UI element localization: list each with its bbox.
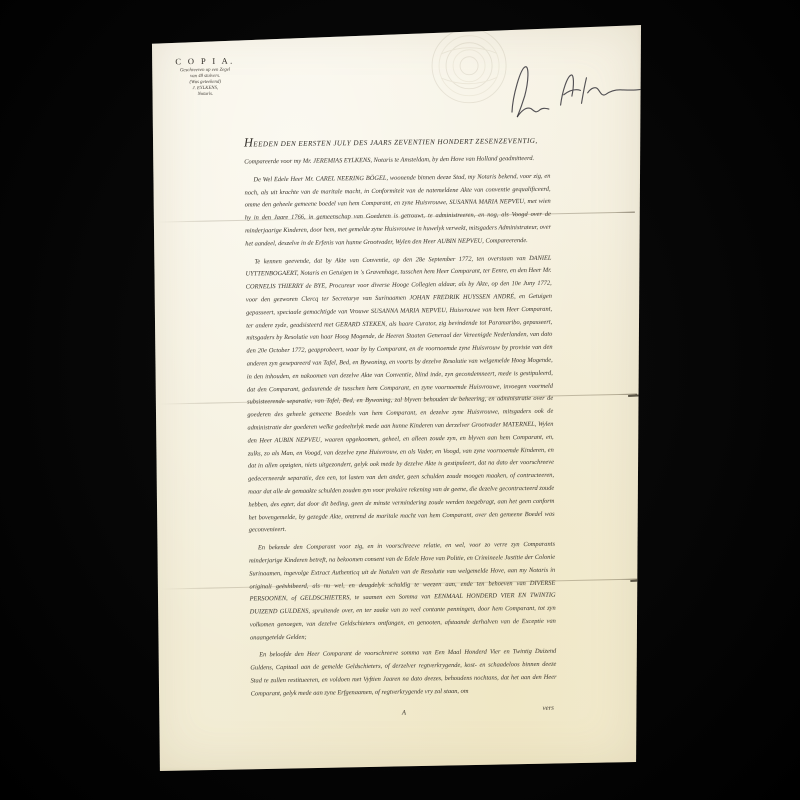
photo-background: C O P I A. Geschreeven op een Zegel van …: [0, 0, 800, 800]
document-paragraph: Te kennen geevende, dat by Akte van Conv…: [245, 252, 554, 537]
sheet-mark: A: [402, 707, 406, 720]
copia-stamp-title: C O P I A.: [167, 55, 243, 66]
copia-stamp-line: Notaris.: [167, 92, 243, 99]
heading-text: EEDEN DEN EERSTEN JULY DES JAARS ZEVENTI…: [253, 137, 537, 148]
catchword: vers: [543, 702, 554, 715]
heading-initial: H: [244, 135, 253, 149]
document-paragraph: En beloofde den Heer Comparant de voorsc…: [250, 646, 557, 701]
paper-sheet: C O P I A. Geschreeven op een Zegel van …: [148, 22, 644, 774]
document-paragraph: Compareerde voor my Mr. JEREMIAS EYLKENS…: [244, 153, 550, 170]
document-paragraph: De Wel Edele Heer Mr. CAREL NEERING BÖGE…: [244, 171, 551, 252]
fold-crease-mark: [628, 394, 639, 397]
document-heading: HEEDEN DEN EERSTEN JULY DES JAARS ZEVENT…: [244, 133, 550, 152]
document-body: HEEDEN DEN EERSTEN JULY DES JAARS ZEVENT…: [244, 133, 557, 720]
sheet-footer: A vers: [251, 702, 557, 720]
paper-content: C O P I A. Geschreeven op een Zegel van …: [147, 20, 652, 778]
handwritten-signature: [500, 48, 661, 131]
copia-stamp: C O P I A. Geschreeven op een Zegel van …: [167, 55, 244, 98]
fold-crease-mark: [630, 579, 641, 582]
embossed-seal-icon: [429, 23, 510, 110]
document-paragraph: En bekende den Comparant voor zig, en in…: [249, 539, 556, 645]
